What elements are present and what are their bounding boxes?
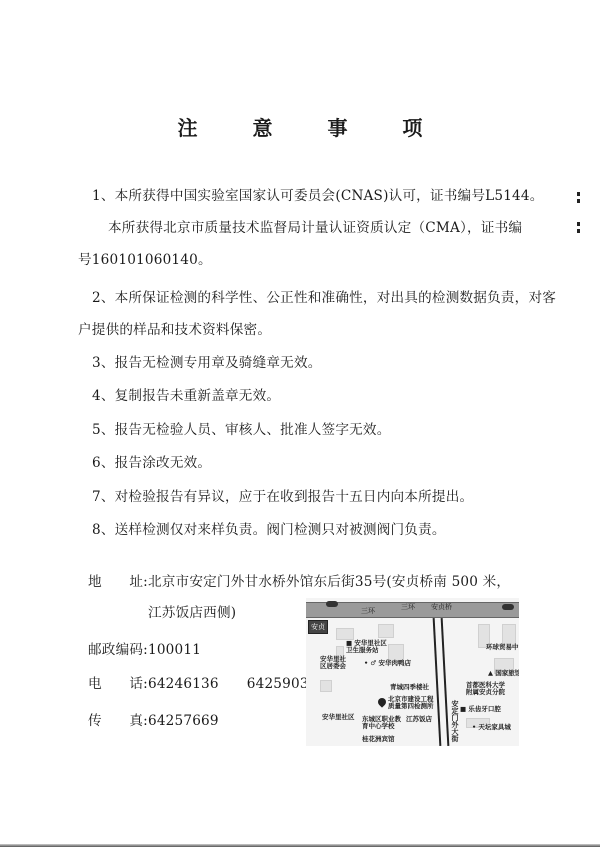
fax-row: 传 真:64257669 <box>88 709 219 729</box>
ring-label: 三环 <box>401 602 415 612</box>
road <box>441 618 450 746</box>
street-label: 安定门外大街 <box>450 700 460 742</box>
notice-item-1b-cont: 号160101060140。 <box>78 248 212 268</box>
phone-value-1: 64246136 <box>148 676 219 692</box>
phone-row: 电 话:6424613664259030 <box>88 672 318 692</box>
notice-item-1: 1、本所获得中国实验室国家认可委员会(CNAS)认可，证书编号L5144。 <box>92 184 544 204</box>
map-label: ■ 乐齿牙口腔 <box>460 706 501 713</box>
ring-label: 安贞桥 <box>431 602 452 612</box>
map-label: 东城区职业教 育中心学校 <box>362 716 401 730</box>
map-label: 安华里社 区居委会 <box>320 656 346 670</box>
map-label: ▲ 国家旅馆 <box>488 670 519 677</box>
map-label: 青城四季楼社 <box>390 684 429 691</box>
address-label: 地 址: <box>88 574 148 590</box>
phone-label: 电 话: <box>88 676 148 692</box>
postcode-value: 100011 <box>148 642 201 658</box>
map-label: 首都医科大学 附属安贞分院 <box>466 682 505 696</box>
map-label: • ♂ 安华肉鸭店 <box>364 660 411 667</box>
notice-item-6: 6、报告涂改无效。 <box>92 451 211 471</box>
scan-artifact <box>577 222 581 236</box>
notice-item-8: 8、送样检测仅对来样负责。阀门检测只对被测阀门负责。 <box>92 518 446 538</box>
notice-item-7: 7、对检验报告有异议，应于在收到报告十五日内向本所提出。 <box>92 485 473 505</box>
road <box>433 618 442 746</box>
road-marker-icon <box>326 601 338 607</box>
notice-item-3: 3、报告无检测专用章及骑缝章无效。 <box>92 351 322 371</box>
notice-item-5: 5、报告无检验人员、审核人、批准人签字无效。 <box>92 418 391 438</box>
notice-item-2: 2、本所保证检测的科学性、公正性和准确性，对出具的检测数据负责，对客 <box>92 286 556 306</box>
address-row: 地 址:北京市安定门外甘水桥外馆东后街35号(安贞桥南 500 米， <box>88 570 510 590</box>
scan-artifact <box>577 192 581 206</box>
map-label: 江苏饭店 <box>406 716 432 723</box>
target-location-label: 北京市建设工程 质量第四检测所 <box>388 696 434 710</box>
location-pin-icon <box>376 696 387 707</box>
fax-value: 64257669 <box>148 713 219 729</box>
notice-item-4: 4、复制报告未重新盖章无效。 <box>92 384 280 404</box>
notice-item-2-cont: 户提供的样品和技术资料保密。 <box>78 318 271 338</box>
address-cont: 江苏饭店西侧) <box>148 601 236 621</box>
postcode-label: 邮政编码: <box>88 642 148 658</box>
map-label: 环球贸易中 <box>486 644 519 651</box>
address-value: 北京市安定门外甘水桥外馆东后街35号(安贞桥南 500 米， <box>148 574 510 590</box>
map-label: ■ 安华里社区 卫生服务站 <box>346 640 387 654</box>
map-label: • 天坛家具城 <box>472 724 511 731</box>
ring-label: 三环 <box>361 606 375 616</box>
fax-label: 传 真: <box>88 713 148 729</box>
district-badge: 安贞 <box>308 620 328 634</box>
road-marker-icon <box>502 604 514 610</box>
page-title: 注 意 事 项 <box>0 112 600 141</box>
notice-item-1b: 本所获得北京市质量技术监督局计量认证资质认定（CMA），证书编 <box>108 216 522 236</box>
map-label: 桂花洲宾馆 <box>362 736 395 743</box>
map-label: 安华里社区 <box>322 714 355 721</box>
postcode-row: 邮政编码:100011 <box>88 638 201 658</box>
location-map: 三环 三环 安贞桥 安贞 ■ 安华里社区 卫生服务站 安华里社 区居委会 • ♂… <box>306 598 519 746</box>
